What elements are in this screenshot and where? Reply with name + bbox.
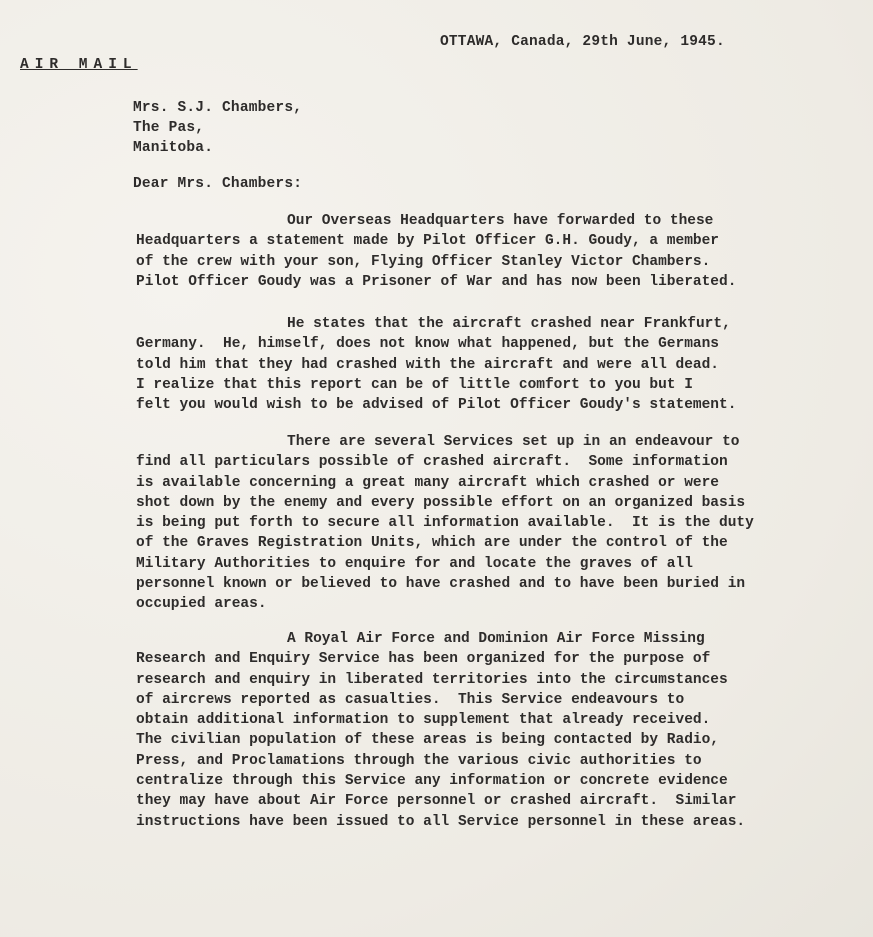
- text-line: shot down by the enemy and every possibl…: [136, 493, 856, 513]
- paragraph-2: He states that the aircraft crashed near…: [136, 314, 856, 415]
- air-mail-heading: AIR MAIL: [20, 57, 138, 73]
- text-line: instructions have been issued to all Ser…: [136, 812, 856, 832]
- paragraph-1: Our Overseas Headquarters have forwarded…: [136, 211, 856, 292]
- letter-page: OTTAWA, Canada, 29th June, 1945. AIR MAI…: [0, 0, 873, 937]
- text-line: of the crew with your son, Flying Office…: [136, 252, 856, 272]
- text-line: of aircrews reported as casualties. This…: [136, 690, 856, 710]
- text-line: There are several Services set up in an …: [136, 432, 856, 452]
- text-line: felt you would wish to be advised of Pil…: [136, 395, 856, 415]
- text-line: Military Authorities to enquire for and …: [136, 554, 856, 574]
- text-line: of the Graves Registration Units, which …: [136, 533, 856, 553]
- text-line: Our Overseas Headquarters have forwarded…: [136, 211, 856, 231]
- address-line-2: The Pas,: [133, 120, 204, 136]
- text-line: occupied areas.: [136, 594, 856, 614]
- text-line: Press, and Proclamations through the var…: [136, 751, 856, 771]
- text-line: I realize that this report can be of lit…: [136, 375, 856, 395]
- text-line: He states that the aircraft crashed near…: [136, 314, 856, 334]
- dateline: OTTAWA, Canada, 29th June, 1945.: [440, 34, 725, 50]
- paragraph-4: A Royal Air Force and Dominion Air Force…: [136, 629, 856, 832]
- text-line: A Royal Air Force and Dominion Air Force…: [136, 629, 856, 649]
- text-line: Germany. He, himself, does not know what…: [136, 334, 856, 354]
- text-line: obtain additional information to supplem…: [136, 710, 856, 730]
- text-line: is available concerning a great many air…: [136, 473, 856, 493]
- text-line: they may have about Air Force personnel …: [136, 791, 856, 811]
- text-line: Headquarters a statement made by Pilot O…: [136, 231, 856, 251]
- text-line: Pilot Officer Goudy was a Prisoner of Wa…: [136, 272, 856, 292]
- text-line: find all particulars possible of crashed…: [136, 452, 856, 472]
- text-line: is being put forth to secure all informa…: [136, 513, 856, 533]
- text-line: told him that they had crashed with the …: [136, 355, 856, 375]
- text-line: centralize through this Service any info…: [136, 771, 856, 791]
- text-line: Research and Enquiry Service has been or…: [136, 649, 856, 669]
- salutation: Dear Mrs. Chambers:: [133, 176, 302, 192]
- text-line: The civilian population of these areas i…: [136, 730, 856, 750]
- text-line: research and enquiry in liberated territ…: [136, 670, 856, 690]
- paragraph-3: There are several Services set up in an …: [136, 432, 856, 615]
- address-line-3: Manitoba.: [133, 140, 213, 156]
- address-line-1: Mrs. S.J. Chambers,: [133, 100, 302, 116]
- text-line: personnel known or believed to have cras…: [136, 574, 856, 594]
